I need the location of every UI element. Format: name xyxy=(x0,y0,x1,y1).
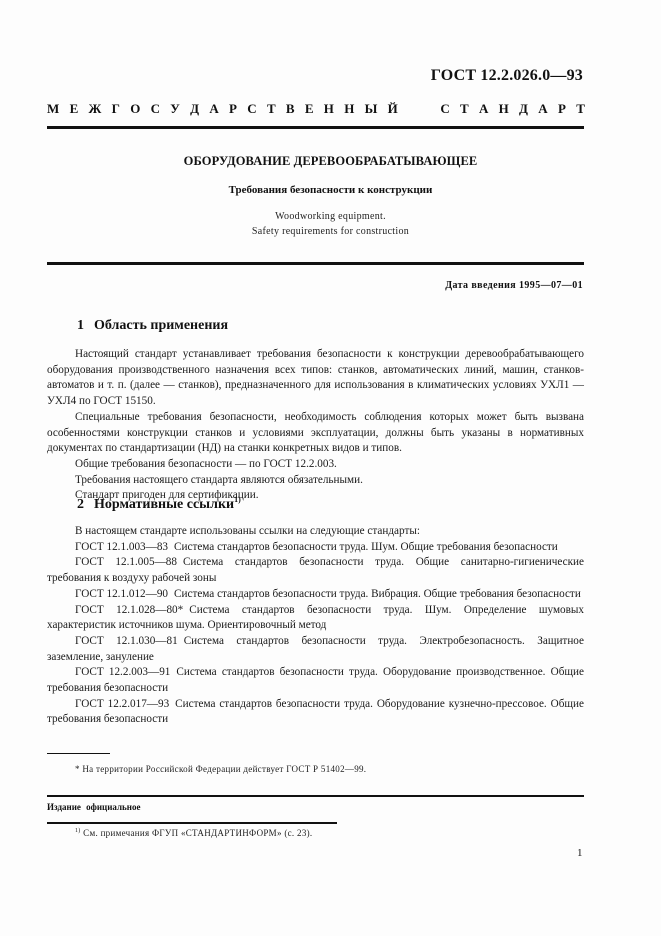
introduction-date: Дата введения 1995—07—01 xyxy=(445,280,583,291)
banner-letter: Т xyxy=(267,101,276,117)
footnote-asterisk: * На территории Российской Федерации дей… xyxy=(75,764,366,774)
banner-letter: С xyxy=(151,101,160,117)
banner-letter: О xyxy=(130,101,140,117)
standard-code: ГОСТ 12.2.026.0—93 xyxy=(431,67,583,85)
reference-code: ГОСТ 12.2.017—93 xyxy=(75,698,169,710)
section-number: 1 xyxy=(77,318,84,333)
section-title: Область применения xyxy=(94,318,228,333)
banner-letter: Н xyxy=(344,101,354,117)
section-number: 2 xyxy=(77,497,84,512)
footer-rule xyxy=(47,795,584,797)
banner-letter: А xyxy=(479,101,488,117)
banner-letter: Д xyxy=(519,101,528,117)
reference-code: ГОСТ 12.1.005—88 xyxy=(75,556,177,568)
reference-code: ГОСТ 12.1.028—80* xyxy=(75,604,183,616)
title-rule xyxy=(47,262,584,265)
interstate-standard-banner: МЕЖГОСУДАРСТВЕННЫЙСТАНДАРТ xyxy=(47,101,585,117)
footnote-marker: 1) xyxy=(75,828,81,834)
document-subtitle: Требования безопасности к конструкции xyxy=(0,184,661,196)
reference-item: ГОСТ 12.1.005—88Система стандартов безоп… xyxy=(47,555,584,586)
paragraph: Настоящий стандарт устанавливает требова… xyxy=(47,347,584,410)
reference-item: ГОСТ 12.1.028—80*Система стандартов безо… xyxy=(47,603,584,634)
banner-letter: Т xyxy=(460,101,469,117)
paragraph: В настоящем стандарте использованы ссылк… xyxy=(47,524,584,540)
reference-code: ГОСТ 12.1.003—83 xyxy=(75,541,168,553)
section-2-heading: 2Нормативные ссылки1) xyxy=(77,495,241,513)
banner-letter: У xyxy=(170,101,180,117)
english-title-line1: Woodworking equipment. xyxy=(0,209,661,224)
section-2-body: В настоящем стандарте использованы ссылк… xyxy=(47,524,584,728)
section-1-heading: 1Область применения xyxy=(77,318,228,334)
footnote-rule xyxy=(47,753,110,754)
banner-letter: С xyxy=(247,101,256,117)
page-number: 1 xyxy=(577,847,583,859)
section-title: Нормативные ссылки xyxy=(94,497,234,512)
banner-letter: Е xyxy=(305,101,314,117)
banner-letter: Р xyxy=(558,101,566,117)
reference-title: Система стандартов безопасности труда. В… xyxy=(174,588,581,600)
reference-code: ГОСТ 12.1.012—90 xyxy=(75,588,168,600)
banner-letter: А xyxy=(209,101,218,117)
official-edition-label: Издание официальное xyxy=(47,802,140,812)
banner-letter: С xyxy=(440,101,449,117)
banner-letter: Р xyxy=(229,101,237,117)
paragraph: Общие требования безопасности — по ГОСТ … xyxy=(47,457,584,473)
reference-title: Система стандартов безопасности труда. Ш… xyxy=(174,541,558,553)
banner-letter: Ж xyxy=(89,101,102,117)
reference-code: ГОСТ 12.2.003—91 xyxy=(75,666,170,678)
banner-letter: Н xyxy=(324,101,334,117)
reference-item: ГОСТ 12.1.012—90Система стандартов безоп… xyxy=(47,587,584,603)
banner-letter: Й xyxy=(388,101,398,117)
paragraph: Требования настоящего стандарта являются… xyxy=(47,473,584,489)
reference-code: ГОСТ 12.1.030—81 xyxy=(75,635,178,647)
header-rule xyxy=(47,126,584,129)
english-title-line2: Safety requirements for construction xyxy=(0,224,661,239)
paragraph: Специальные требования безопасности, нео… xyxy=(47,410,584,457)
footnote-marker[interactable]: 1) xyxy=(234,495,241,504)
banner-letter: Н xyxy=(499,101,509,117)
banner-letter: Д xyxy=(190,101,199,117)
reference-item: ГОСТ 12.1.003—83Система стандартов безоп… xyxy=(47,540,584,556)
english-title: Woodworking equipment. Safety requiremen… xyxy=(0,209,661,239)
section-1-body: Настоящий стандарт устанавливает требова… xyxy=(47,347,584,504)
banner-letter: Е xyxy=(70,101,79,117)
banner-letter: Г xyxy=(112,101,120,117)
footnote-1: 1) См. примечания ФГУП «СТАНДАРТИНФОРМ» … xyxy=(75,828,312,838)
banner-letter: Т xyxy=(576,101,585,117)
footnote-text: См. примечания ФГУП «СТАНДАРТИНФОРМ» (с.… xyxy=(83,828,312,838)
reference-item: ГОСТ 12.1.030—81Система стандартов безоп… xyxy=(47,634,584,665)
banner-letter: А xyxy=(538,101,547,117)
reference-item: ГОСТ 12.2.003—91Система стандартов безоп… xyxy=(47,665,584,696)
banner-gap xyxy=(408,101,430,117)
reference-item: ГОСТ 12.2.017—93Система стандартов безоп… xyxy=(47,697,584,728)
banner-letter: В xyxy=(286,101,295,117)
banner-letter: Ы xyxy=(365,101,378,117)
reference-list: ГОСТ 12.1.003—83Система стандартов безоп… xyxy=(47,540,584,728)
document-title: ОБОРУДОВАНИЕ ДЕРЕВООБРАБАТЫВАЮЩЕЕ xyxy=(0,154,661,169)
banner-letter: М xyxy=(47,101,59,117)
footnote-rule-2 xyxy=(47,822,337,824)
